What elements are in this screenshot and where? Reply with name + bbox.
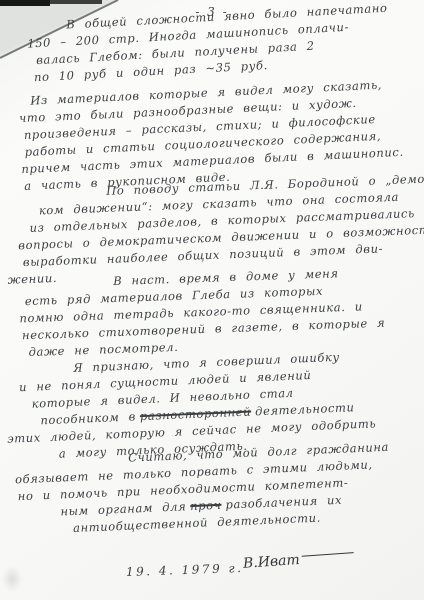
signature-text: В.Иват bbox=[243, 552, 301, 572]
line-segment: разоблачения их bbox=[225, 493, 342, 512]
struck-out-word: проч bbox=[190, 498, 222, 513]
scan-smudge-artifact bbox=[2, 566, 22, 592]
signature-flourish bbox=[301, 552, 353, 558]
date: 19. 4. 1979 г. bbox=[126, 561, 244, 579]
line-segment: пособником в bbox=[40, 409, 136, 427]
paragraph-duty: Считаю, что мой долг гражданина обязывае… bbox=[0, 437, 424, 540]
signature: В.Иват bbox=[243, 548, 355, 572]
line-segment: деятельности bbox=[255, 400, 355, 418]
scanned-page: - 3 - В общей сложности явно было напеча… bbox=[0, 0, 424, 600]
